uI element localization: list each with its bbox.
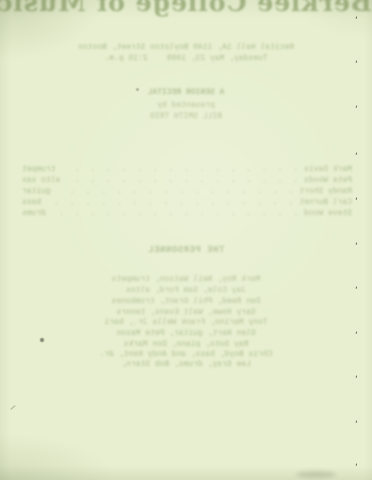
personnel-heading-bleed: THE PERSONNEL xyxy=(0,245,372,255)
dotted-leader: . . . . . . . . . . . . . . . . . . . . … xyxy=(57,187,293,196)
binding-hole-mark: ‘ xyxy=(355,332,358,341)
ensemble-line: Jay Cole, Sam Ford, altos xyxy=(0,286,372,296)
smudge-mark xyxy=(296,471,336,478)
recital-title-bleed: A SENIOR RECITAL xyxy=(0,87,372,98)
recital-performer-bleed: BILL SMITH TRIO xyxy=(0,111,372,122)
personnel-role: bass xyxy=(22,198,41,207)
personnel-row: Steve Wood . . . . . . . . . . . . . . .… xyxy=(22,209,352,218)
personnel-role: trumpet xyxy=(22,165,56,174)
dirt-speck xyxy=(136,88,139,91)
personnel-role: alto sax xyxy=(22,176,60,185)
personnel-name: Randy Short xyxy=(299,187,352,196)
dotted-leader: . . . . . . . . . . . . . . . . . . . . … xyxy=(66,176,298,185)
personnel-role: drums xyxy=(22,209,46,218)
dotted-leader: . . . . . . . . . . . . . . . . . . . . … xyxy=(52,209,298,218)
binding-hole-mark: ‘ xyxy=(355,421,358,430)
binding-hole-mark: ‘ xyxy=(355,198,358,207)
binding-hole-mark: ‘ xyxy=(355,287,358,296)
ensemble-line: Glen Hart, guitar, Pete Mason xyxy=(0,329,372,339)
venue-line-bleed: Recital Hall 1A, 1140 Boylston Street, B… xyxy=(0,42,372,53)
personnel-row: Randy Short . . . . . . . . . . . . . . … xyxy=(22,187,352,196)
ensemble-line: Tony Marino, Frank Wells Jr., bari xyxy=(0,318,372,328)
ensemble-line: Gary Howe, Walt Evans, tenors xyxy=(0,308,372,318)
dirt-speck xyxy=(40,338,44,342)
dotted-leader: . . . . . . . . . . . . . . . . . . . . … xyxy=(47,198,293,207)
personnel-row: Mark Davis . . . . . . . . . . . . . . .… xyxy=(22,165,352,174)
personnel-name: Steve Wood xyxy=(304,209,352,218)
personnel-row: Carl Burnet . . . . . . . . . . . . . . … xyxy=(22,198,352,207)
binding-hole-mark: ‘ xyxy=(355,61,358,70)
scanned-page: Berklee College of Music Recital Hall 1A… xyxy=(0,0,372,480)
dotted-leader: . . . . . . . . . . . . . . . . . . . . … xyxy=(62,165,298,174)
ensemble-line: Lee Gray, drums, Bob Stern, xyxy=(0,360,372,370)
personnel-name: Pete Woods xyxy=(304,176,352,185)
ensemble-line: Mark Roy, Neil Watson, trumpets xyxy=(0,275,372,285)
binding-hole-mark: ‘ xyxy=(355,376,358,385)
ensemble-line: Dan Reed, Phil Grant, trombones xyxy=(0,297,372,307)
personnel-name: Mark Davis xyxy=(304,165,352,174)
binding-hole-mark: ‘ xyxy=(355,106,358,115)
binding-hole-mark: ‘ xyxy=(355,464,358,473)
bleed-through-layer: Berklee College of Music Recital Hall 1A… xyxy=(0,0,372,480)
binding-hole-mark: ‘ xyxy=(355,17,358,26)
binding-hole-mark: ‘ xyxy=(355,153,358,162)
masthead-title-bleed: Berklee College of Music xyxy=(0,0,372,17)
personnel-name: Carl Burnet xyxy=(299,198,352,207)
date-time-line-bleed: Tuesday, May 23, 1988 2:15 p.m. xyxy=(0,53,372,64)
binding-hole-mark: ‘ xyxy=(355,243,358,252)
personnel-role: guitar xyxy=(22,187,51,196)
ensemble-line: Chris Boyd, bass, and Andy Kent, dr. xyxy=(0,350,372,360)
ensemble-line: Ray Soto, piano, Don Marks xyxy=(0,340,372,350)
recital-subtitle-bleed: presented by xyxy=(0,100,372,111)
personnel-row: Pete Woods . . . . . . . . . . . . . . .… xyxy=(22,176,352,185)
